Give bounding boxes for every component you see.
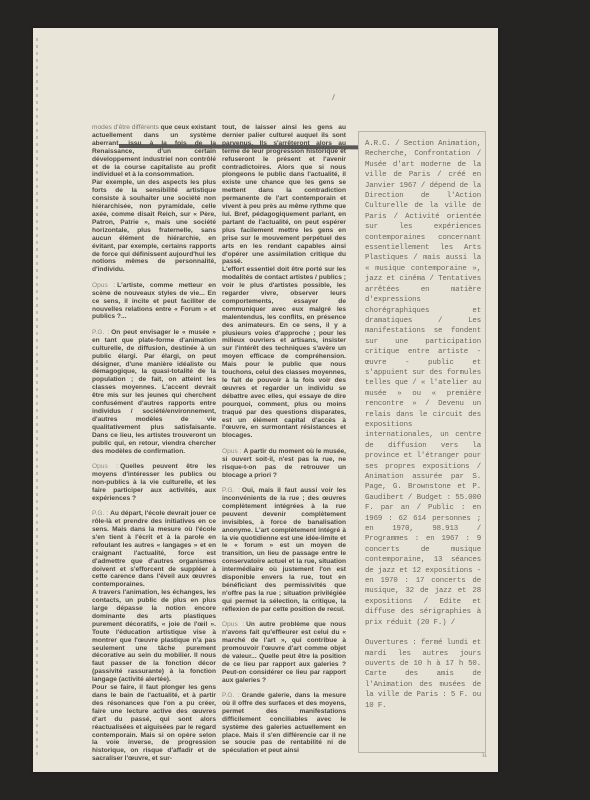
article-paragraph: Opus :A partir du moment où le musée, si… xyxy=(222,448,346,480)
paragraph-text: Pour se faire, il faut plonger les gens … xyxy=(92,684,216,762)
arc-description: A.R.C. / Section Animation, Recherche, C… xyxy=(365,139,481,628)
article-paragraph: Pour se faire, il faut plonger les gens … xyxy=(92,684,216,763)
page-number: 31 xyxy=(482,754,487,759)
paragraph-text: On peut envisager le « musée » en tant q… xyxy=(92,329,216,455)
speaker-label: Opus : xyxy=(222,621,244,628)
speaker-label: Opus : xyxy=(92,282,115,289)
paragraph-text: Au départ, l'école devrait jouer ce rôle… xyxy=(92,510,216,588)
paragraph-text: que ceux existant actuellement dans un s… xyxy=(92,124,216,178)
article-paragraph: Opus :Quelles peuvent être les moyens d'… xyxy=(92,463,216,503)
speaker-label: Opus : xyxy=(222,448,241,455)
paragraph-text: Grande galerie, dans la mesure où il off… xyxy=(222,692,346,754)
paper-mark xyxy=(332,94,335,100)
article-column-2: tout, de laisser ainsi les gens au derni… xyxy=(222,124,346,755)
article-paragraph: Par exemple, un des aspects les plus for… xyxy=(92,179,216,274)
paragraph-text: tout, de laisser ainsi les gens au derni… xyxy=(222,124,346,265)
article-paragraph: Opus :Un autre problème que nous n'avons… xyxy=(222,621,346,684)
opening-hours: Ouvertures : fermé lundi et mardi les au… xyxy=(365,638,481,711)
article-paragraph: A travers l'animation, les échanges, les… xyxy=(92,589,216,684)
info-sidebar-text: A.R.C. / Section Animation, Recherche, C… xyxy=(365,139,481,721)
speaker-label: P.G. : xyxy=(222,487,240,494)
paragraph-text: Oui, mais il faut aussi voir les inconvé… xyxy=(222,487,346,613)
speaker-label: Opus : xyxy=(92,463,118,470)
info-sidebar-box: A.R.C. / Section Animation, Recherche, C… xyxy=(358,131,486,753)
lead-text: modes d'être différents xyxy=(92,124,159,131)
speaker-label: P.G. : xyxy=(92,329,109,336)
article-paragraph: P.G. :Oui, mais il faut aussi voir les i… xyxy=(222,487,346,614)
binding-holes xyxy=(36,38,38,758)
paragraph-text: L'effort essentiel doit être porté sur l… xyxy=(222,266,346,439)
article-paragraph: Opus :L'artiste, comme metteur en scène … xyxy=(92,282,216,322)
speaker-label: P.G. : xyxy=(222,692,240,699)
paragraph-text: Par exemple, un des aspects les plus for… xyxy=(92,179,216,273)
paragraph-text: Un autre problème que nous n'avons fait … xyxy=(222,621,346,683)
article-paragraph: P.G. :On peut envisager le « musée » en … xyxy=(92,329,216,456)
article-paragraph: L'effort essentiel doit être porté sur l… xyxy=(222,266,346,440)
article-column-1: modes d'être différents que ceux existan… xyxy=(92,124,216,763)
paragraph-text: A travers l'animation, les échanges, les… xyxy=(92,589,216,683)
article-paragraph: P.G. :Grande galerie, dans la mesure où … xyxy=(222,692,346,755)
article-paragraph: tout, de laisser ainsi les gens au derni… xyxy=(222,124,346,266)
speaker-label: P.G. : xyxy=(92,510,108,517)
article-paragraph: P.G. :Au départ, l'école devrait jouer c… xyxy=(92,510,216,589)
article-paragraph: modes d'être différents que ceux existan… xyxy=(92,124,216,179)
